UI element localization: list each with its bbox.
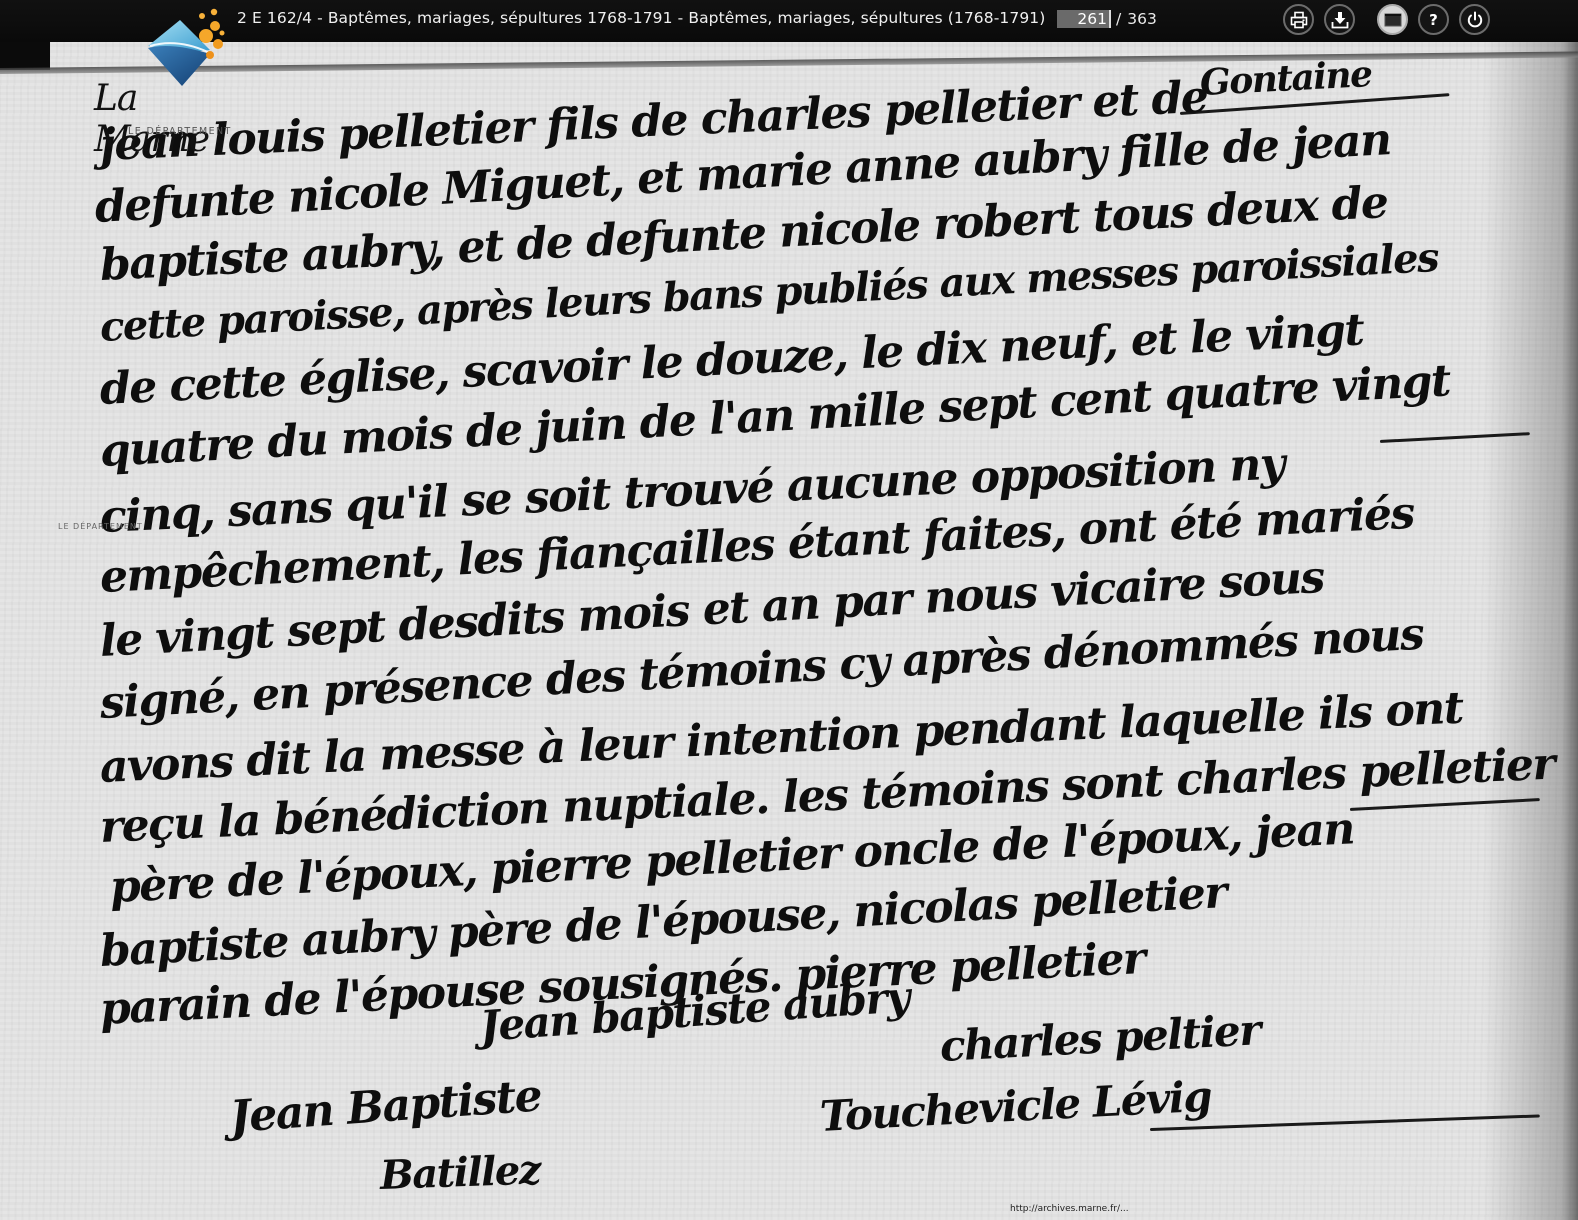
signature: Batillez [379,1146,540,1199]
help-icon: ? [1429,11,1438,29]
toolbar: ? [1283,4,1500,35]
watermark-fragment: LE DÉPARTEMENT [58,522,143,531]
page-navigator: / 363 [1057,8,1157,30]
page-total: 363 [1127,10,1157,28]
download-icon [1331,11,1349,29]
logout-button[interactable] [1459,4,1490,35]
help-button[interactable]: ? [1418,4,1449,35]
status-url: http://archives.marne.fr/... [1010,1204,1129,1214]
logo-wordmark: La Marne [94,78,242,160]
printer-icon [1290,11,1308,29]
print-button[interactable] [1283,4,1314,35]
margin-note: Gontaine [1199,53,1373,104]
page-separator: / [1116,10,1121,28]
window-icon [1384,12,1402,28]
fullscreen-button[interactable] [1377,4,1408,35]
document-title: 2 E 162/4 - Baptêmes, mariages, sépultur… [237,9,1045,27]
la-marne-logo[interactable]: La Marne LE DÉPARTEMENT [92,8,242,140]
logo-subtitle: LE DÉPARTEMENT [128,126,232,137]
download-button[interactable] [1324,4,1355,35]
scan-border [0,42,50,70]
page-number-input[interactable] [1057,10,1111,28]
signature: charles peltier [939,1005,1261,1071]
power-icon [1466,11,1484,29]
line-filler-stroke [1380,432,1530,443]
signature: Jean Baptiste [228,1070,543,1143]
line-filler-stroke [1350,798,1540,811]
document-image-viewer[interactable]: Gontaine jean louis pelletier fils de ch… [0,42,1578,1220]
